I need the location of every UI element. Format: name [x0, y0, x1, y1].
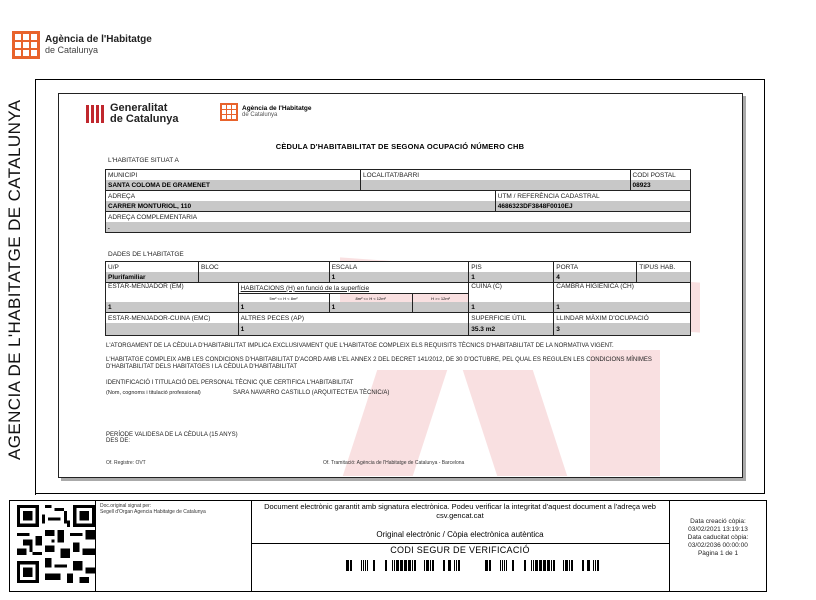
hab-val2: 1 — [329, 302, 412, 313]
adreca-label: ADREÇA — [106, 191, 496, 202]
copy-dates: Data creació còpia: 03/02/2021 13:19:13 … — [670, 518, 766, 558]
hab-val3 — [412, 302, 468, 313]
habitacions-label: HABITACIONS (H) en funció de la superfíc… — [238, 283, 469, 294]
utm-label: UTM / REFERÈNCIA CADASTRAL — [495, 191, 690, 202]
cuina-value: 1 — [469, 302, 554, 313]
registre-office: Of. Registre: OVT — [106, 460, 146, 466]
document-title: CÈDULA D'HABITABILITAT DE SEGONA OCUPACI… — [100, 142, 700, 151]
ch-value: 1 — [554, 302, 691, 313]
bloc-label: BLOC — [199, 262, 330, 273]
codi-postal-label: CODI POSTAL — [630, 170, 690, 181]
footer-divider — [251, 543, 669, 544]
cuina-label: CUINA (C) — [469, 283, 554, 303]
hab-sub2: 8m² <= H < 12m² — [329, 294, 412, 303]
adreca-comp-label: ADREÇA COMPLEMENTARIA — [106, 212, 691, 223]
signed-by: Doc.original signat per: Segell d'Organ … — [100, 503, 206, 515]
agency-subname: de Catalunya — [45, 45, 152, 56]
footer-divider — [95, 500, 96, 592]
municipi-label: MUNICIPI — [106, 170, 361, 181]
tipus-value — [637, 272, 691, 283]
pis-value: 1 — [469, 272, 554, 283]
date-expiry-value: 03/02/2036 00:00:00 — [670, 542, 766, 550]
legal-paragraph-2: L'HABITATGE COMPLEIX AMB LES CONDICIONS … — [106, 357, 696, 370]
tramitacio-office: Of. Tramitació: Agència de l'Habitatge d… — [323, 460, 464, 466]
utm-value: 4686323DF3848F0010EJ — [495, 201, 690, 212]
hab-sub1: 5m² <= H < 8m² — [238, 294, 329, 303]
up-label: U/P — [106, 262, 199, 273]
agency-logo-icon — [12, 31, 40, 59]
hab-sub3: H >= 12m² — [412, 294, 468, 303]
original-copy-text: Original electrònic / Còpia electrònica … — [252, 530, 668, 539]
agency-name: Agència de l'Habitatge — [45, 34, 152, 45]
municipi-value: SANTA COLOMA DE GRAMENET — [106, 180, 361, 191]
location-section-label: L'HABITATGE SITUAT A — [108, 157, 179, 164]
generalitat-logo: Generalitat de Catalunya — [86, 103, 178, 125]
side-title: AGENCIA DE L'HABITATGE DE CATALUNYA — [5, 80, 25, 460]
page-number: Pàgina 1 de 1 — [670, 550, 766, 558]
technician-title: IDENTIFICACIÓ I TITULACIÓ DEL PERSONAL T… — [106, 380, 353, 387]
escala-value: 1 — [329, 272, 469, 283]
qr-code-icon — [17, 505, 95, 583]
adreca-comp-value: . — [106, 222, 691, 233]
date-created-value: 03/02/2021 13:19:13 — [670, 526, 766, 534]
csv-title: CODI SEGUR DE VERIFICACIÓ — [252, 545, 668, 555]
localitat-value — [361, 180, 631, 191]
location-table: MUNICIPI LOCALITAT/BARRI CODI POSTAL SAN… — [105, 169, 691, 233]
porta-value: 4 — [554, 272, 637, 283]
hab-val1: 1 — [238, 302, 329, 313]
agency-small-name: Agència de l'Habitatge — [242, 105, 311, 112]
localitat-label: LOCALITAT/BARRI — [361, 170, 631, 181]
ap-label: ALTRES PECES (AP) — [238, 313, 469, 324]
agency-logo-small: Agència de l'Habitatge de Catalunya — [220, 103, 311, 121]
emc-value — [106, 323, 239, 336]
date-created-label: Data creació còpia: — [670, 518, 766, 526]
verify-text: Document electrònic garantit amb signatu… — [252, 502, 668, 520]
em-label: ESTAR-MENJADOR (EM) — [106, 283, 239, 303]
agency-small-subname: de Catalunya — [242, 112, 311, 119]
em-value: 1 — [106, 302, 239, 313]
llindar-label: LLINDAR MÀXIM D'OCUPACIÓ — [554, 313, 691, 324]
validity-from: DES DE: — [106, 438, 130, 445]
date-expiry-label: Data caducitat còpia: — [670, 534, 766, 542]
ap-value: 1 — [238, 323, 469, 336]
up-value: Plurifamiliar — [106, 272, 199, 283]
porta-label: PORTA — [554, 262, 637, 273]
generalitat-name-line2: de Catalunya — [110, 114, 178, 125]
bloc-value — [199, 272, 330, 283]
pis-label: PIS — [469, 262, 554, 273]
technician-value: SARA NAVARRO CASTILLO (ARQUITECTE/A TÈCN… — [233, 390, 389, 397]
agency-logo-small-icon — [220, 103, 238, 121]
escala-label: ESCALA — [329, 262, 469, 273]
legal-paragraph-1: L'ATORGAMENT DE LA CÈDULA D'HABITABILITA… — [106, 343, 696, 350]
sup-label: SUPERFICIE ÚTIL — [469, 313, 554, 324]
dwelling-table: U/P BLOC ESCALA PIS PORTA TIPUS HAB. Plu… — [105, 261, 691, 336]
technician-label: (Nom, cognoms i titulació professional) — [106, 390, 201, 397]
dwelling-section-label: DADES DE L'HABITATGE — [108, 251, 184, 258]
ch-label: CAMBRA HIGIENICA (CH) — [554, 283, 691, 303]
emc-label: ESTAR-MENJADOR-CUINA (EMC) — [106, 313, 239, 324]
adreca-value: CARRER MONTURIOL, 110 — [106, 201, 496, 212]
generalitat-flag-icon — [86, 105, 104, 123]
llindar-value: 3 — [554, 323, 691, 336]
codi-postal-value: 08923 — [630, 180, 690, 191]
signed-by-value: Segell d'Organ Agencia Habitatge de Cata… — [100, 509, 206, 515]
tipus-label: TIPUS HAB. — [637, 262, 691, 273]
agency-logo: Agència de l'Habitatge de Catalunya — [12, 31, 152, 59]
barcode-icon — [329, 560, 601, 571]
sup-value: 35.3 m2 — [469, 323, 554, 336]
